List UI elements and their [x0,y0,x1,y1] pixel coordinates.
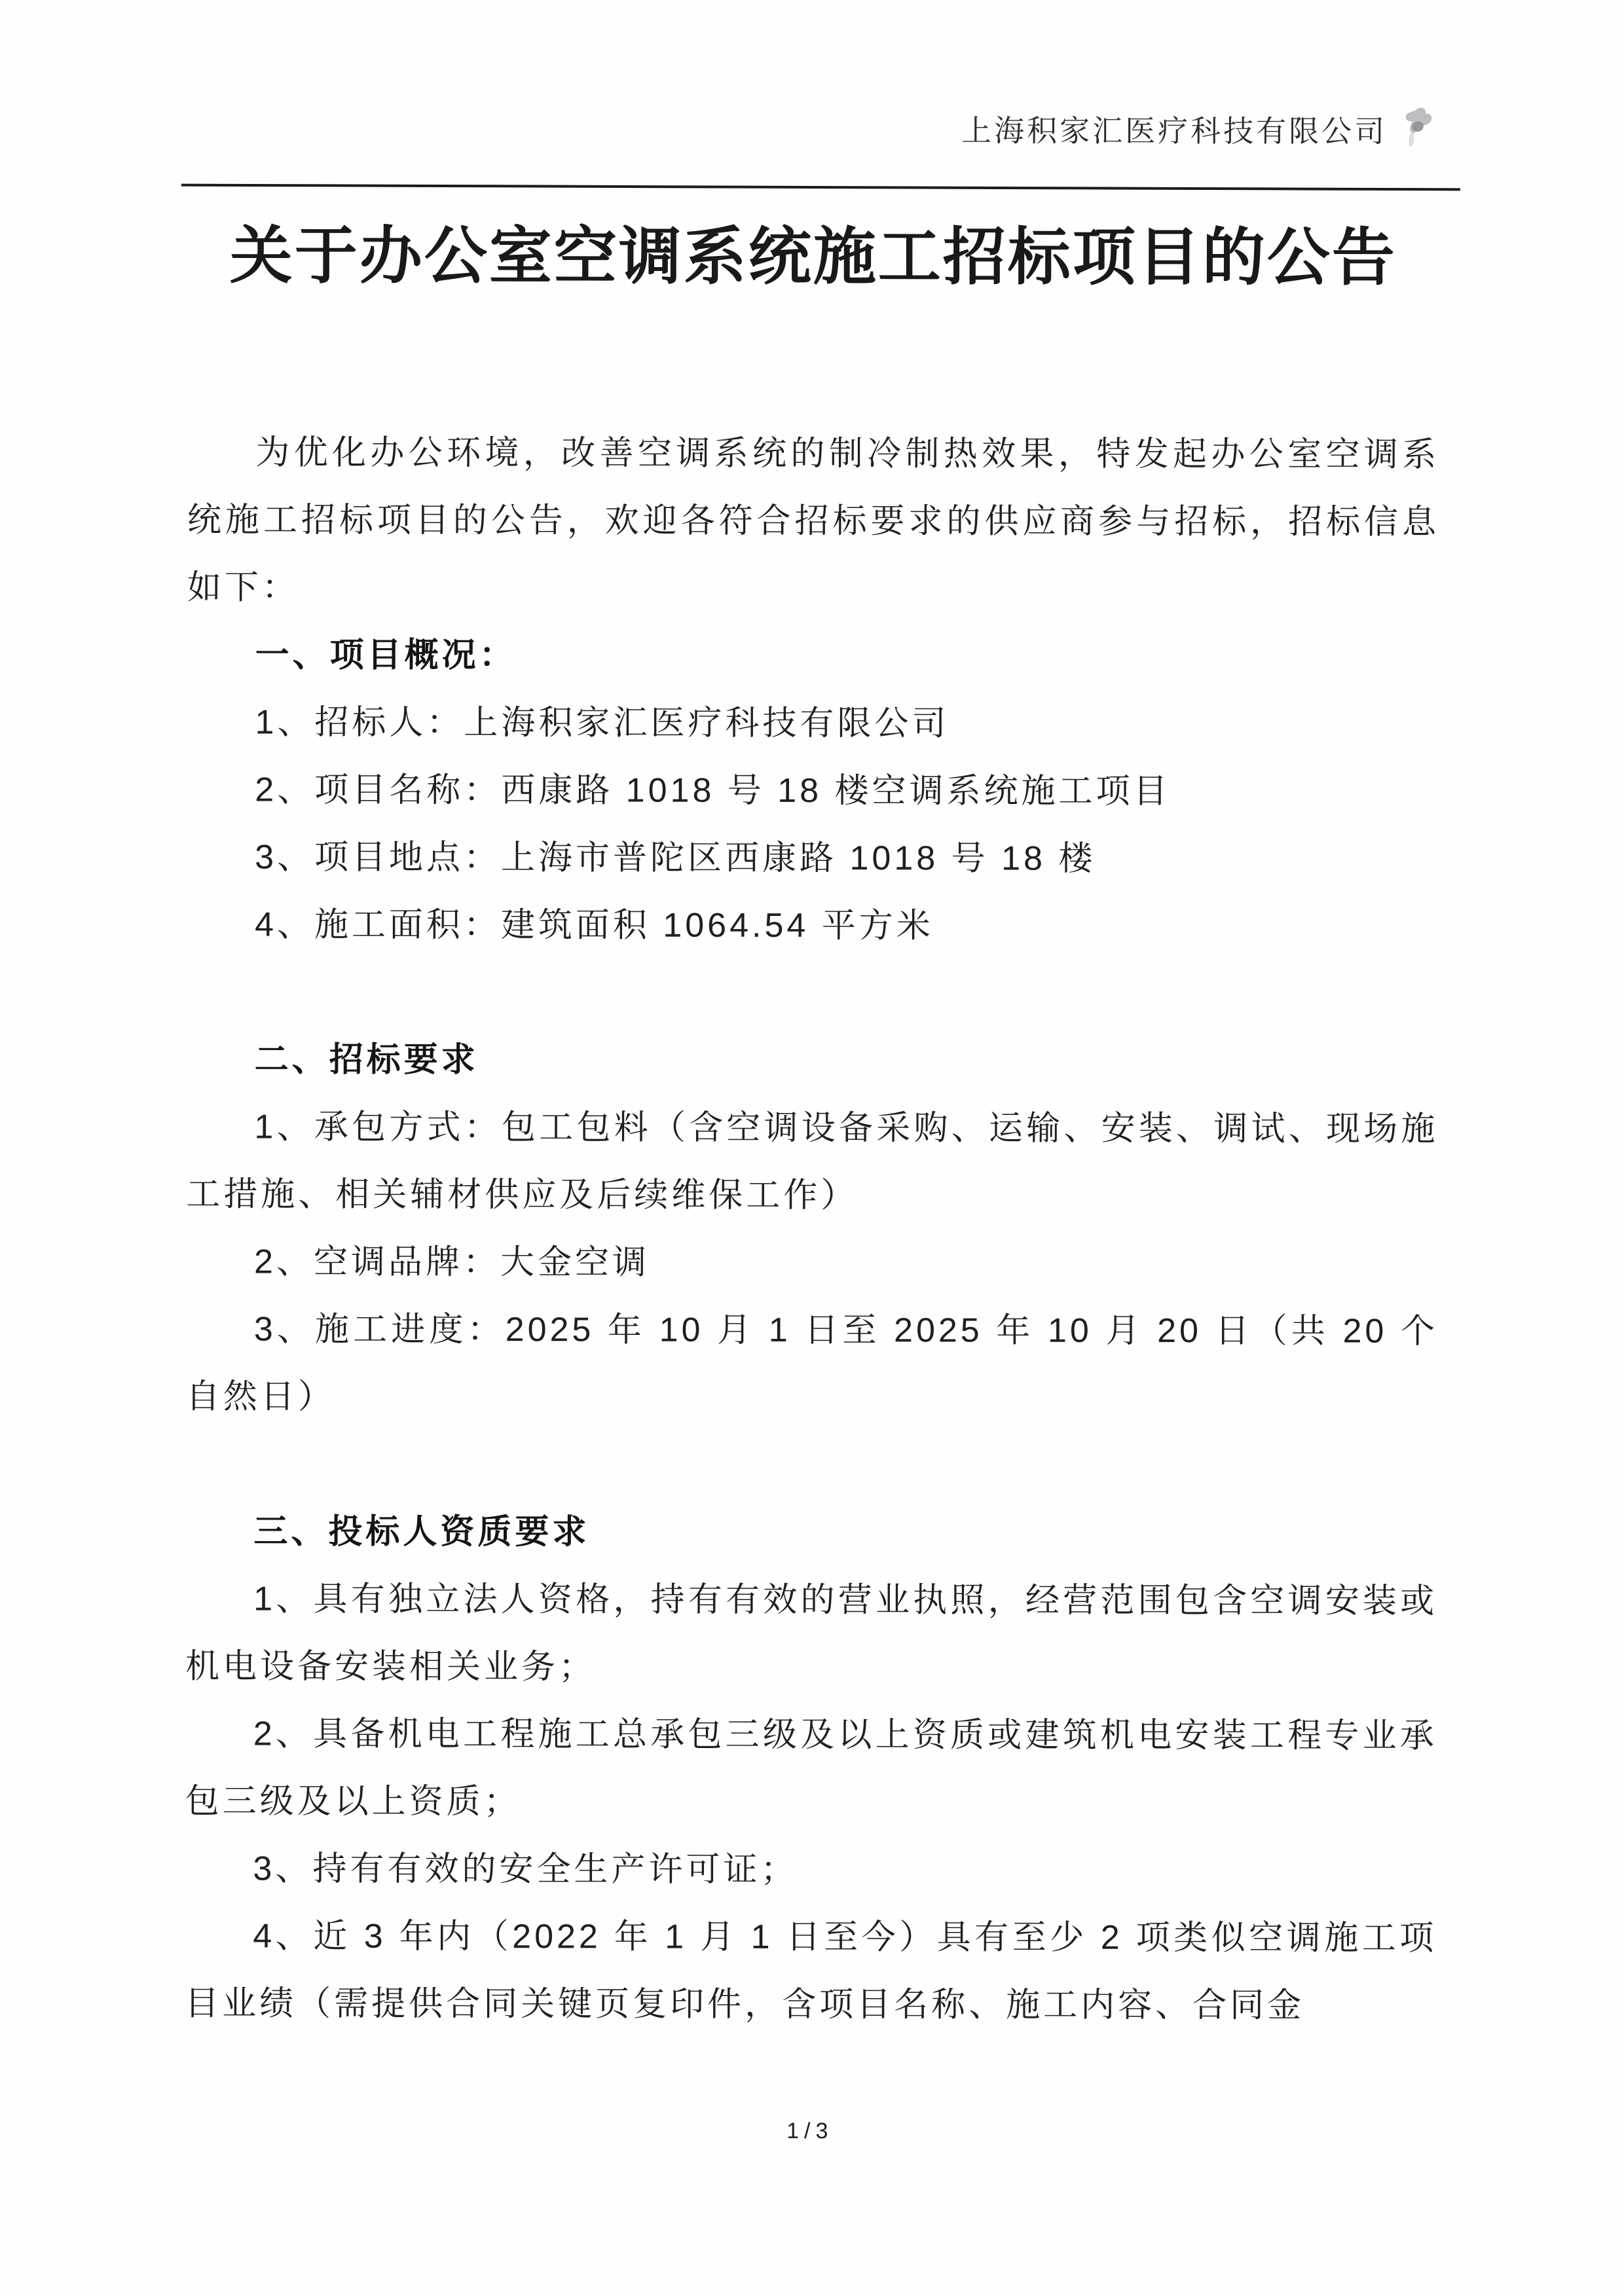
section-3-item-1: 1、具有独立法人资格，持有有效的营业执照，经营范围包含空调安装或机电设备安装相关… [185,1565,1437,1702]
section-project-overview: 一、项目概况： 1、招标人：上海积家汇医疗科技有限公司 2、项目名称：西康路 1… [187,621,1439,960]
section-3-item-2: 2、具备机电工程施工总承包三级及以上资质或建筑机电安装工程专业承包三级及以上资质… [185,1700,1437,1837]
section-1-item-4: 4、施工面积：建筑面积 1064.54 平方米 [187,891,1439,960]
section-2-item-2: 2、空调品牌：大金空调 [186,1228,1438,1298]
section-1-item-1: 1、招标人：上海积家汇医疗科技有限公司 [187,689,1439,758]
section-2-item-3: 3、施工进度：2025 年 10 月 1 日至 2025 年 10 月 20 日… [186,1296,1438,1432]
document-page: 上海积家汇医疗科技有限公司 关于办公室空调系统施工招标项目的公告 为优化办公环境… [0,0,1624,2296]
document-body: 为优化办公环境，改善空调系统的制冷制热效果，特发起办公室空调系统施工招标项目的公… [185,419,1439,2039]
section-3-item-4: 4、近 3 年内（2022 年 1 月 1 日至今）具有至少 2 项类似空调施工… [185,1903,1437,2039]
document-title: 关于办公室空调系统施工招标项目的公告 [93,206,1534,298]
company-logo-icon [1397,105,1435,155]
section-bidder-qualifications: 三、投标人资质要求 1、具有独立法人资格，持有有效的营业执照，经营范围包含空调安… [185,1498,1437,2039]
scanned-content: 上海积家汇医疗科技有限公司 关于办公室空调系统施工招标项目的公告 为优化办公环境… [0,0,1624,2296]
section-2-item-1: 1、承包方式：包工包料（含空调设备采购、运输、安装、调试、现场施工措施、相关辅材… [186,1093,1438,1230]
section-1-heading: 一、项目概况： [187,621,1439,691]
page-header: 上海积家汇医疗科技有限公司 [1,110,1435,155]
page-footer: 1/3 [0,2117,1622,2145]
section-3-heading: 三、投标人资质要求 [185,1498,1437,1567]
page-number: 1/3 [786,2119,833,2143]
section-3-item-3: 3、持有有效的安全生产许可证； [185,1835,1437,1904]
section-1-item-2: 2、项目名称：西康路 1018 号 18 楼空调系统施工项目 [187,756,1439,826]
section-bidding-requirements: 二、招标要求 1、承包方式：包工包料（含空调设备采购、运输、安装、调试、现场施工… [186,1026,1439,1432]
header-company-name: 上海积家汇医疗科技有限公司 [961,111,1387,151]
section-2-heading: 二、招标要求 [187,1026,1439,1095]
intro-paragraph: 为优化办公环境，改善空调系统的制冷制热效果，特发起办公室空调系统施工招标项目的公… [187,419,1440,623]
section-1-item-3: 3、项目地点：上海市普陀区西康路 1018 号 18 楼 [187,824,1439,893]
header-divider [181,184,1460,191]
